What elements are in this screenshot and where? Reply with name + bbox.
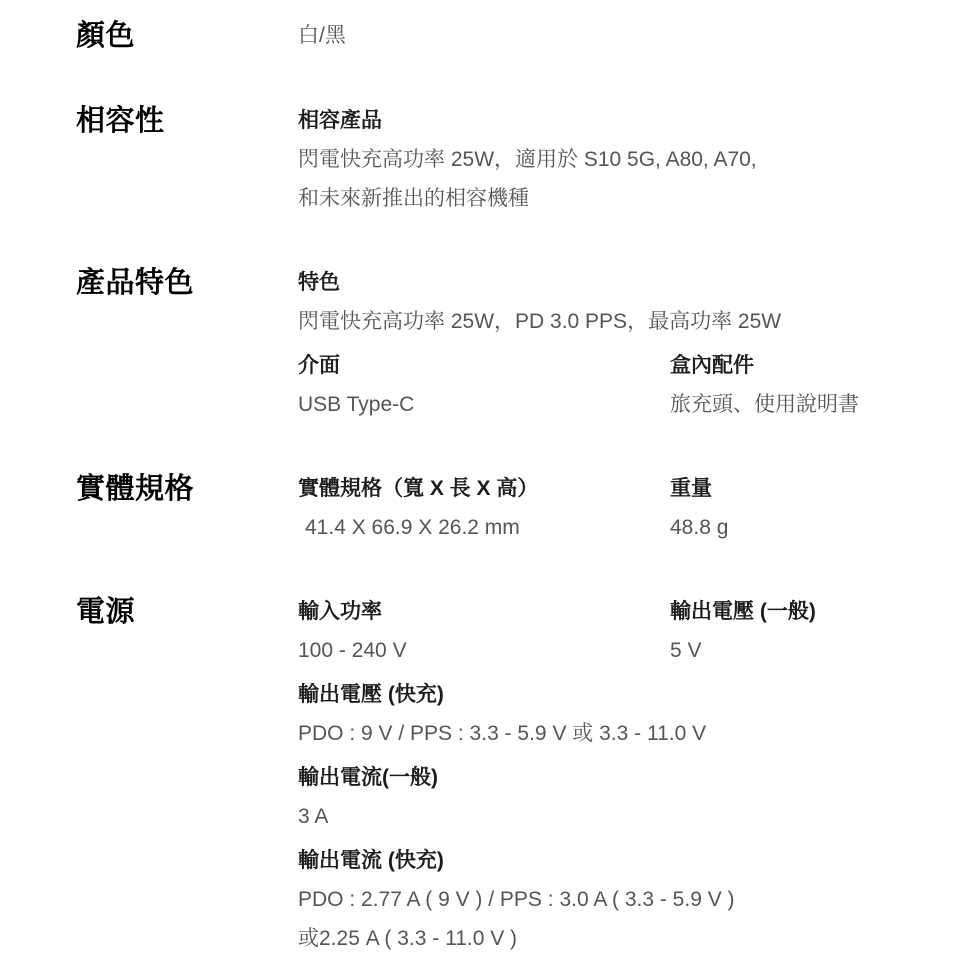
inbox-value: 旅充頭、使用說明書 — [670, 385, 940, 424]
dimensions-block: 實體規格（寬 X 長 X 高） 41.4 X 66.9 X 26.2 mm — [298, 469, 670, 547]
output-current-normal-heading: 輸出電流(一般) — [298, 758, 940, 797]
section-physical-content: 實體規格（寬 X 長 X 高） 41.4 X 66.9 X 26.2 mm 重量… — [298, 469, 940, 547]
section-label-color: 顏色 — [76, 16, 298, 56]
input-power-value: 100 - 240 V — [298, 631, 650, 670]
dimensions-value: 41.4 X 66.9 X 26.2 mm — [298, 508, 650, 547]
section-label-physical: 實體規格 — [76, 469, 298, 509]
section-compatibility-content: 相容產品 閃電快充高功率 25W，適用於 S10 5G, A80, A70, 和… — [298, 101, 940, 218]
weight-value: 48.8 g — [670, 508, 940, 547]
input-output-row: 輸入功率 100 - 240 V 輸出電壓 (一般) 5 V — [298, 592, 940, 670]
section-features: 產品特色 特色 閃電快充高功率 25W，PD 3.0 PPS，最高功率 25W … — [76, 263, 940, 424]
product-spec-sheet: 顏色 白/黑 相容性 相容產品 閃電快充高功率 25W，適用於 S10 5G, … — [0, 0, 980, 980]
output-voltage-fast-block: 輸出電壓 (快充) PDO : 9 V / PPS : 3.3 - 5.9 V … — [298, 675, 940, 753]
feature-block: 特色 閃電快充高功率 25W，PD 3.0 PPS，最高功率 25W — [298, 263, 940, 341]
output-voltage-normal-value: 5 V — [670, 631, 940, 670]
output-current-fast-line-1: PDO : 2.77 A ( 9 V ) / PPS : 3.0 A ( 3.3… — [298, 880, 940, 919]
interface-value: USB Type-C — [298, 385, 650, 424]
compatible-products-heading: 相容產品 — [298, 101, 940, 140]
inbox-heading: 盒內配件 — [670, 346, 940, 385]
compatible-products-line-2: 和未來新推出的相容機種 — [298, 179, 940, 218]
interface-block: 介面 USB Type-C — [298, 346, 670, 424]
inbox-block: 盒內配件 旅充頭、使用說明書 — [670, 346, 940, 424]
section-power: 電源 輸入功率 100 - 240 V 輸出電壓 (一般) 5 V 輸出電壓 (… — [76, 592, 940, 958]
output-current-normal-block: 輸出電流(一般) 3 A — [298, 758, 940, 836]
section-label-compatibility: 相容性 — [76, 101, 298, 141]
section-compatibility: 相容性 相容產品 閃電快充高功率 25W，適用於 S10 5G, A80, A7… — [76, 101, 940, 218]
output-voltage-fast-heading: 輸出電壓 (快充) — [298, 675, 940, 714]
section-power-content: 輸入功率 100 - 240 V 輸出電壓 (一般) 5 V 輸出電壓 (快充)… — [298, 592, 940, 958]
weight-block: 重量 48.8 g — [670, 469, 940, 547]
dimensions-heading: 實體規格（寬 X 長 X 高） — [298, 469, 650, 508]
output-current-normal-value: 3 A — [298, 797, 940, 836]
input-power-block: 輸入功率 100 - 240 V — [298, 592, 670, 670]
output-voltage-fast-value: PDO : 9 V / PPS : 3.3 - 5.9 V 或 3.3 - 11… — [298, 714, 940, 753]
output-voltage-normal-heading: 輸出電壓 (一般) — [670, 592, 940, 631]
output-current-fast-heading: 輸出電流 (快充) — [298, 841, 940, 880]
compatible-products-block: 相容產品 閃電快充高功率 25W，適用於 S10 5G, A80, A70, 和… — [298, 101, 940, 218]
weight-heading: 重量 — [670, 469, 940, 508]
color-value: 白/黑 — [298, 16, 940, 55]
interface-heading: 介面 — [298, 346, 650, 385]
output-current-fast-line-2: 或2.25 A ( 3.3 - 11.0 V ) — [298, 919, 940, 958]
output-current-fast-block: 輸出電流 (快充) PDO : 2.77 A ( 9 V ) / PPS : 3… — [298, 841, 940, 958]
feature-value: 閃電快充高功率 25W，PD 3.0 PPS，最高功率 25W — [298, 302, 940, 341]
interface-inbox-row: 介面 USB Type-C 盒內配件 旅充頭、使用說明書 — [298, 346, 940, 424]
dimensions-weight-row: 實體規格（寬 X 長 X 高） 41.4 X 66.9 X 26.2 mm 重量… — [298, 469, 940, 547]
input-power-heading: 輸入功率 — [298, 592, 650, 631]
section-label-power: 電源 — [76, 592, 298, 632]
compatible-products-line-1: 閃電快充高功率 25W，適用於 S10 5G, A80, A70, — [298, 140, 940, 179]
section-physical: 實體規格 實體規格（寬 X 長 X 高） 41.4 X 66.9 X 26.2 … — [76, 469, 940, 547]
section-features-content: 特色 閃電快充高功率 25W，PD 3.0 PPS，最高功率 25W 介面 US… — [298, 263, 940, 424]
output-voltage-normal-block: 輸出電壓 (一般) 5 V — [670, 592, 940, 670]
section-color-content: 白/黑 — [298, 16, 940, 55]
section-label-features: 產品特色 — [76, 263, 298, 303]
section-color: 顏色 白/黑 — [76, 16, 940, 56]
feature-heading: 特色 — [298, 263, 940, 302]
